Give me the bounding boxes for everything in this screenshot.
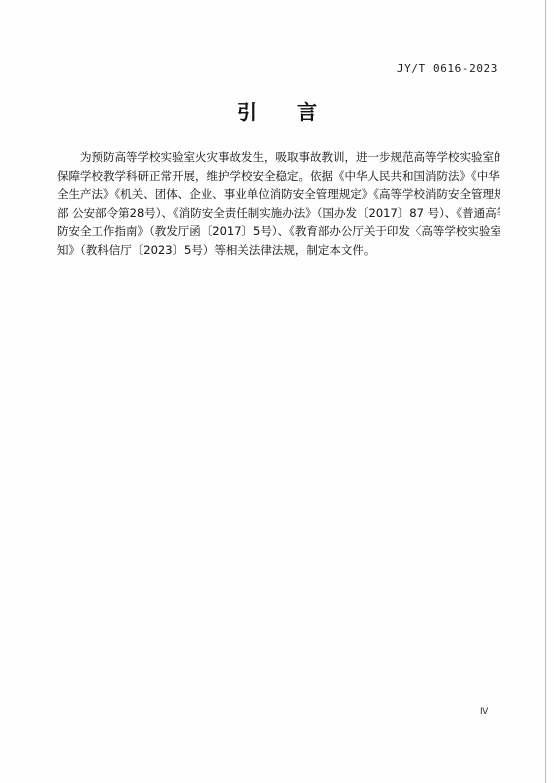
page-title: 引 言 xyxy=(0,100,554,124)
intro-paragraph-line: 防安全工作指南》（教发厅函〔2017〕5号）、《教育部办公厅关于印发〈高等学校实… xyxy=(57,222,500,241)
document-page: JY/T 0616-2023 引 言 为预防高等学校实验室火灾事故发生，吸取事故… xyxy=(0,0,554,783)
intro-paragraph-line: 全生产法》《机关、团体、企业、事业单位消防安全管理规定》《高等学校消防安全管理规… xyxy=(57,185,500,204)
standard-number: JY/T 0616-2023 xyxy=(397,62,498,75)
page-number: Ⅳ xyxy=(480,707,489,717)
intro-paragraph: 为预防高等学校实验室火灾事故发生，吸取事故教训，进一步规范高等学校实验室的消防安… xyxy=(57,148,500,260)
intro-paragraph-line: 为预防高等学校实验室火灾事故发生，吸取事故教训，进一步规范高等学校实验室的消防安… xyxy=(57,148,500,167)
intro-paragraph-line: 保障学校教学科研正常开展，维护学校安全稳定。依据《中华人民共和国消防法》《中华人… xyxy=(57,167,500,186)
intro-paragraph-line: 知》（教科信厅〔2023〕5号）等相关法律法规，制定本文件。 xyxy=(57,241,500,260)
scan-edge-line xyxy=(545,0,546,783)
intro-paragraph-line: 部 公安部令第28号）、《消防安全责任制实施办法》（国办发〔2017〕87 号）… xyxy=(57,204,500,223)
